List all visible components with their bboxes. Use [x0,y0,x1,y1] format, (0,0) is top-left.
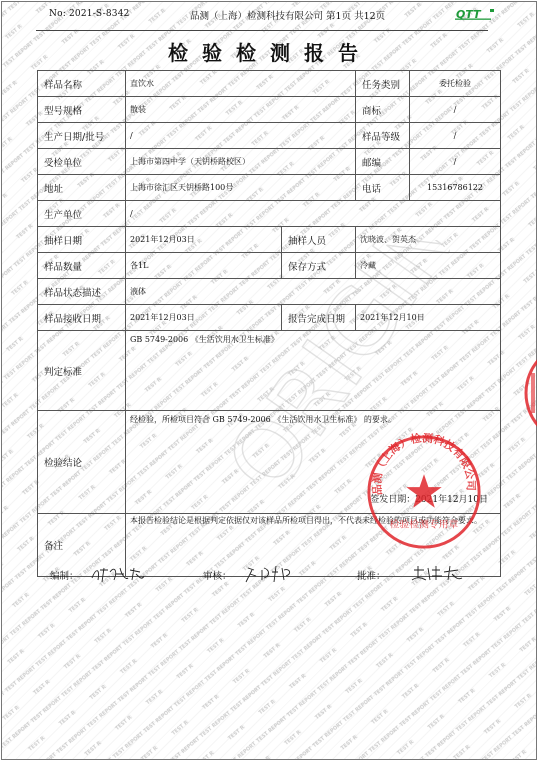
standard-value: GB 5749-2006 《生活饮用水卫生标准》 [126,331,501,411]
inspected-unit-value: 上海市第四中学（天钥桥路校区） [126,149,356,175]
approver-signature [408,562,468,584]
conclusion-label: 检验结论 [38,411,126,514]
task-type-value: 委托检验 [410,71,501,97]
sample-qty-label: 样品数量 [38,253,126,279]
header-divider [36,30,488,31]
svg-text:QTT: QTT [456,8,482,20]
producer-value: / [126,201,501,227]
sampling-date-label: 抽样日期 [38,227,126,253]
table-row: 样品数量 各1L 保存方式 冷藏 [38,253,501,279]
table-row: 受检单位 上海市第四中学（天钥桥路校区） 邮编 / [38,149,501,175]
trademark-value: / [410,97,501,123]
table-row: 判定标准 GB 5749-2006 《生活饮用水卫生标准》 [38,331,501,411]
sample-state-value: 液体 [126,279,501,305]
approver-label: 批准： [357,568,386,582]
report-number: No: 2021-S-8342 [49,9,130,19]
phone-label: 电话 [356,175,410,201]
model-spec-label: 型号规格 [38,97,126,123]
prod-date-batch-label: 生产日期/批号 [38,123,126,149]
trademark-label: 商标 [356,97,410,123]
conclusion-cell: 经检验，所检项目符合 GB 5749-2006 《生活饮用水卫生标准》 的要求。… [126,411,501,514]
phone-value: 15316786122 [410,175,501,201]
standard-label: 判定标准 [38,331,126,411]
table-row: 生产单位 / [38,201,501,227]
sample-qty-value: 各1L [126,253,282,279]
sample-name-label: 样品名称 [38,71,126,97]
sample-state-label: 样品状态描述 [38,279,126,305]
completion-date-label: 报告完成日期 [282,305,356,331]
table-row: 检验结论 经检验，所检项目符合 GB 5749-2006 《生活饮用水卫生标准》… [38,411,501,514]
sample-grade-value: / [410,123,501,149]
reviewer-label: 审核： [203,568,232,582]
sample-grade-label: 样品等级 [356,123,410,149]
task-type-label: 任务类别 [356,71,410,97]
model-spec-value: 散装 [126,97,356,123]
table-row: 样品状态描述 液体 [38,279,501,305]
address-value: 上海市徐汇区天钥桥路100号 [126,175,356,201]
completion-date-value: 2021年12月10日 [356,305,501,331]
table-row: 样品名称 直饮水 任务类别 委托检验 [38,71,501,97]
storage-label: 保存方式 [282,253,356,279]
compiler-label: 编制： [50,568,79,582]
postcode-value: / [410,149,501,175]
prod-date-batch-value: / [126,123,356,149]
table-row: 抽样日期 2021年12月03日 抽样人员 沈晓波、贺英杰 [38,227,501,253]
report-table: 样品名称 直饮水 任务类别 委托检验 型号规格 散装 商标 / 生产日期/批号 … [37,70,501,577]
table-row: 型号规格 散装 商标 / [38,97,501,123]
issue-date: 签发日期：2021年12月10日 [370,492,488,505]
inspected-unit-label: 受检单位 [38,149,126,175]
received-date-label: 样品接收日期 [38,305,126,331]
company-and-page-info: 品测（上海）检测科技有限公司 第1页 共12页 [190,8,385,22]
table-row: 生产日期/批号 / 样品等级 / [38,123,501,149]
compiler-signature [88,562,148,584]
conclusion-text: 经检验，所检项目符合 GB 5749-2006 《生活饮用水卫生标准》 的要求。 [130,415,396,424]
signature-row: 编制： 审核： 批准： [0,566,540,590]
reviewer-signature [240,562,300,584]
samplers-label: 抽样人员 [282,227,356,253]
producer-label: 生产单位 [38,201,126,227]
table-row: 地址 上海市徐汇区天钥桥路100号 电话 15316786122 [38,175,501,201]
table-row: 样品接收日期 2021年12月03日 报告完成日期 2021年12月10日 [38,305,501,331]
received-date-value: 2021年12月03日 [126,305,282,331]
report-title: 检验检测报告 [0,37,540,66]
sample-name-value: 直饮水 [126,71,356,97]
address-label: 地址 [38,175,126,201]
samplers-value: 沈晓波、贺英杰 [356,227,501,253]
sampling-date-value: 2021年12月03日 [126,227,282,253]
postcode-label: 邮编 [356,149,410,175]
qtt-logo-icon: QTT [455,8,495,20]
storage-value: 冷藏 [356,253,501,279]
